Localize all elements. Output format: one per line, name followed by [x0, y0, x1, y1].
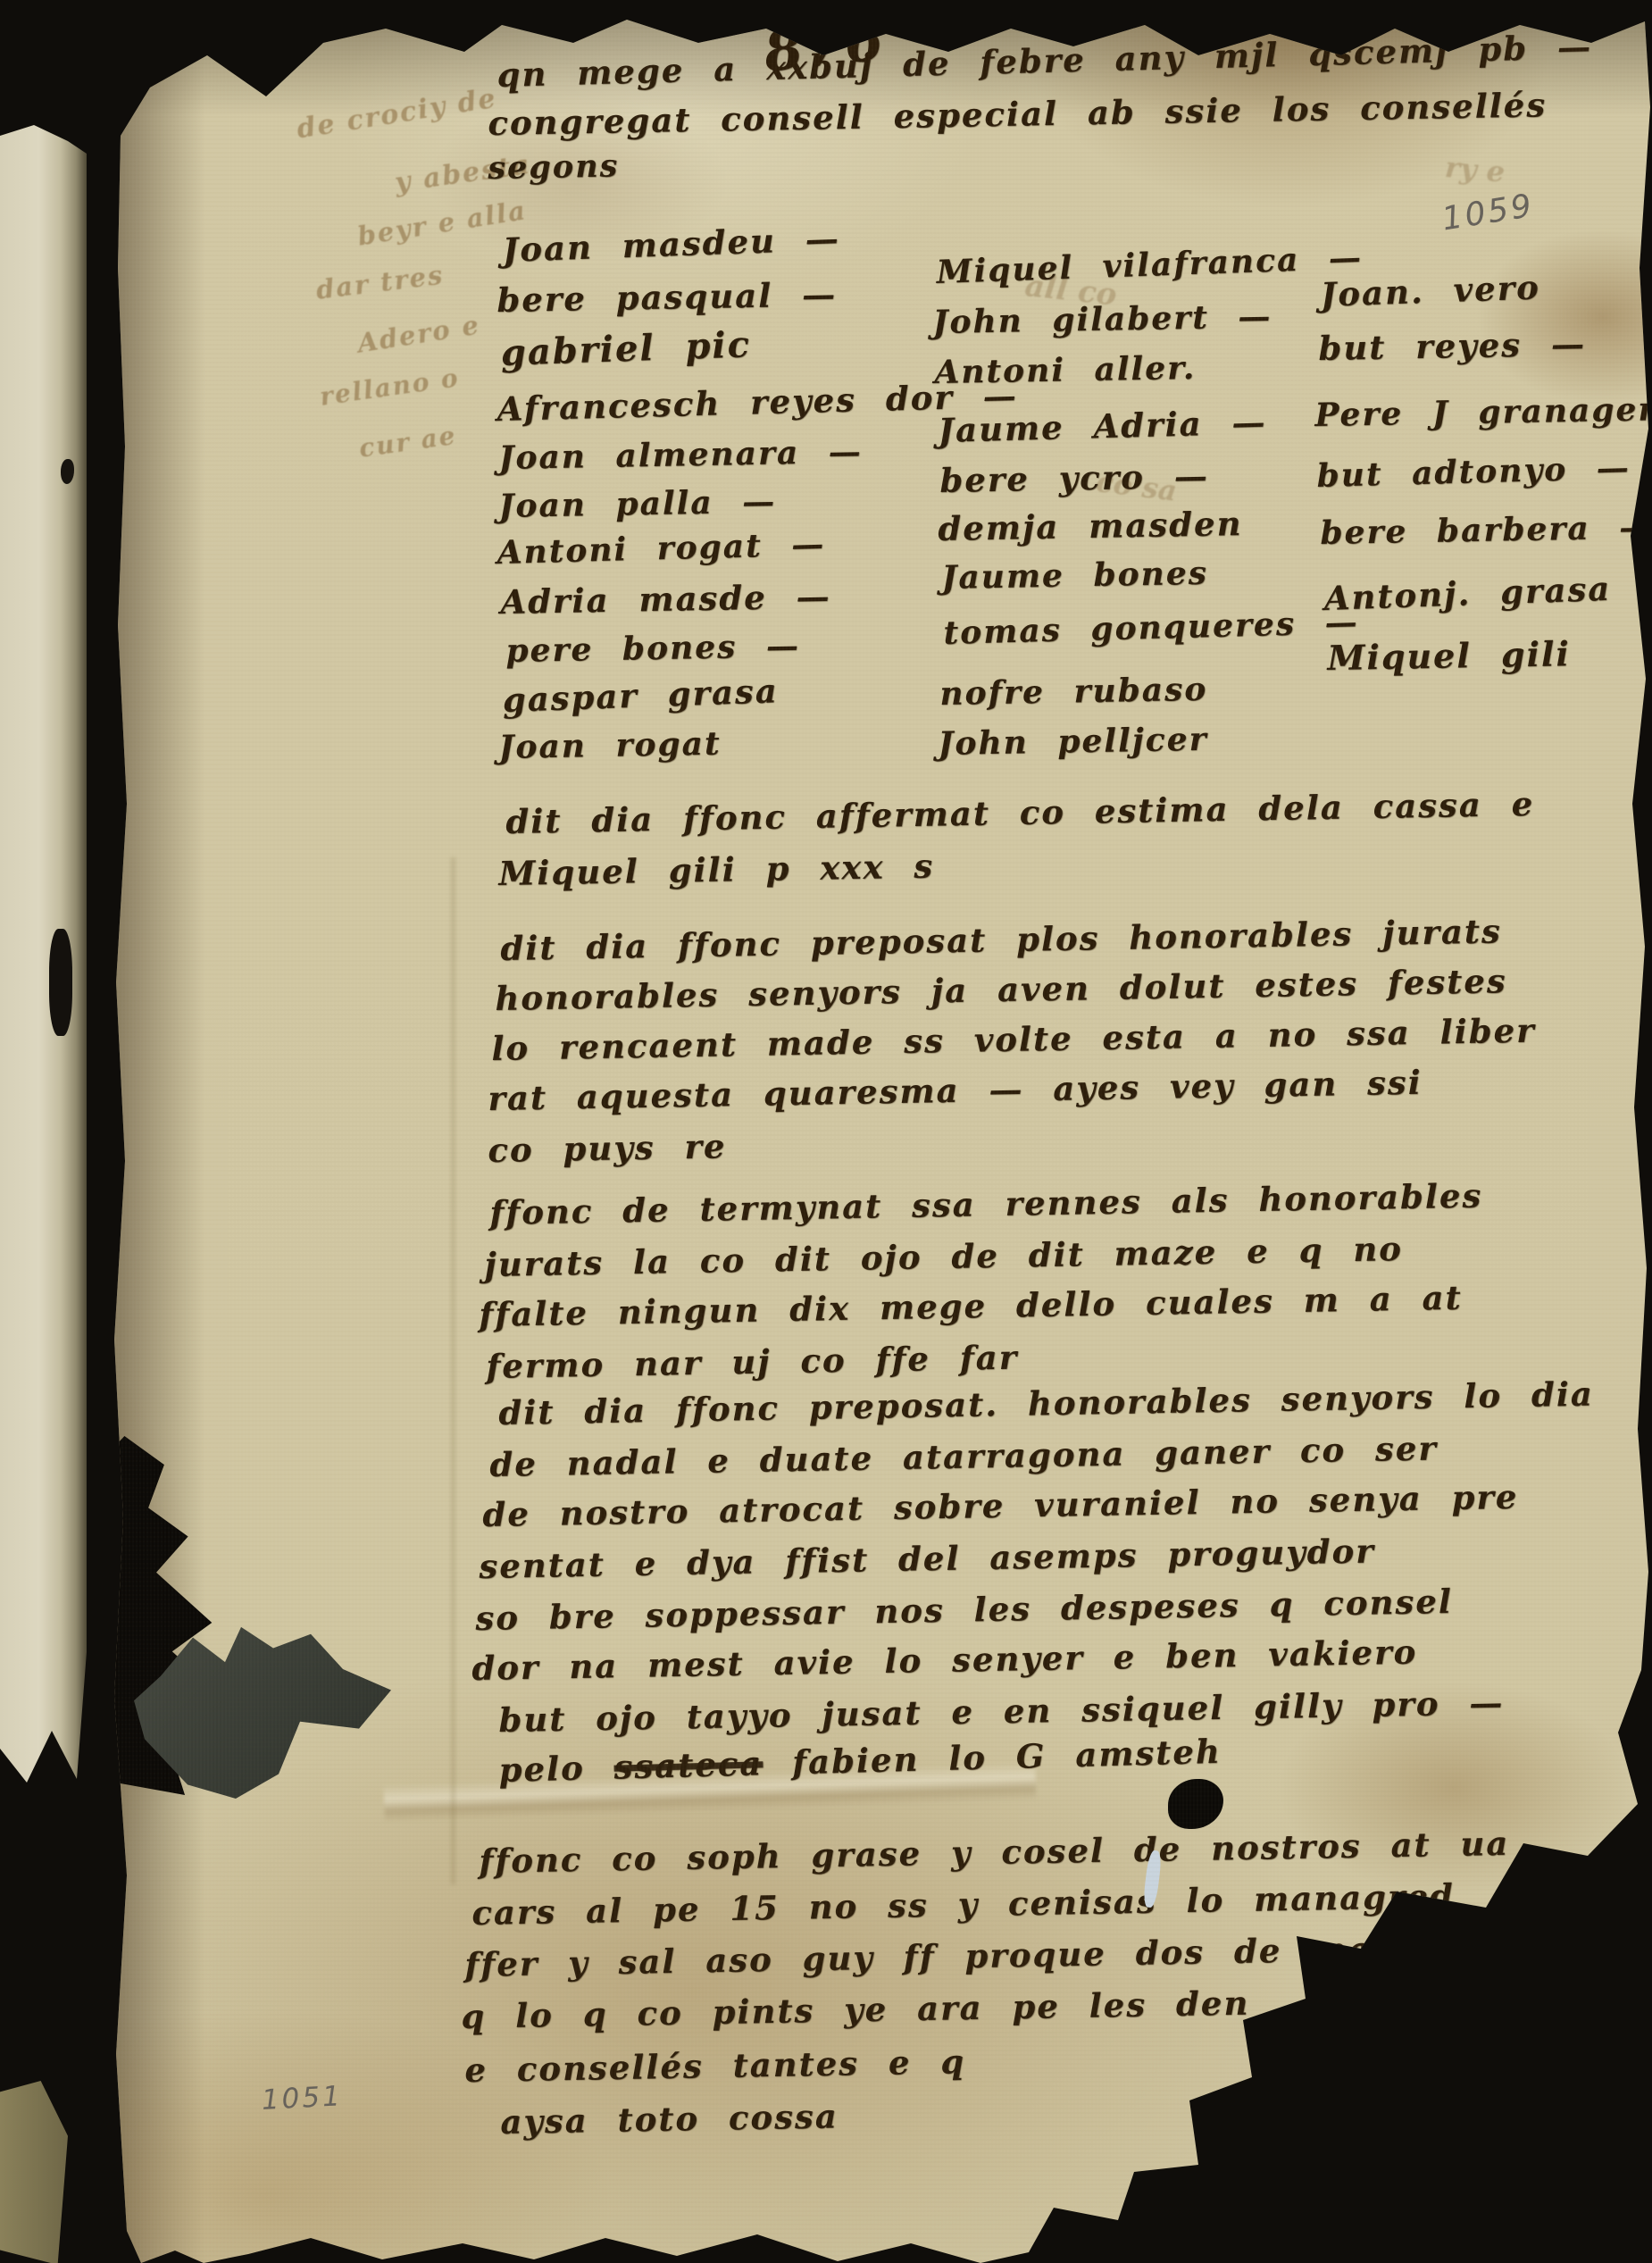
record-line: de nostro atrocat sobre vuraniel no seny…: [482, 1477, 1519, 1534]
attendee-name: Joan masdeu —: [502, 219, 840, 270]
struck-word: ssateca: [613, 1743, 763, 1786]
record-line: sentat e dya ffist del asemps proguydor: [479, 1531, 1375, 1586]
record-line: q lo q co pints ye ara pe les den: [461, 1983, 1250, 2036]
attendee-name: Antoni aller.: [934, 349, 1197, 391]
attendee-name: bere pasqual —: [496, 274, 837, 320]
heading-line: congregat consell especial ab ssie los c…: [488, 85, 1547, 143]
attendee-name: tomas gonqueres —: [943, 604, 1359, 652]
attendee-name: Adria masde —: [500, 577, 831, 622]
paper-fragment: [0, 2081, 68, 2263]
attendee-name: gabriel pic: [500, 323, 752, 374]
ink-blot: [49, 929, 72, 1036]
heading-line: segons: [488, 147, 620, 187]
attendee-name: Jaume Adria —: [938, 402, 1267, 450]
previous-page-edge: [0, 0, 87, 1786]
record-line: cars al pe 15 no ss y cenisas lo managre…: [471, 1876, 1455, 1933]
heading-line: qn mege a xxbuj de febre any mjl qscemj …: [496, 27, 1592, 95]
attendee-name: but adtonyo —: [1316, 449, 1631, 495]
record-line: ffalte ningun dix mege dello cuales m a …: [479, 1278, 1463, 1334]
record-line: e consellés tantes e q: [464, 2042, 966, 2090]
attendee-name: John pelljcer: [938, 721, 1208, 763]
attendee-name: Joan rogat: [498, 725, 722, 766]
bleedthrough-line: cur ae: [357, 421, 458, 463]
pencil-number-top: 1059: [1439, 188, 1537, 238]
attendee-name: Miquel gili: [1327, 633, 1571, 678]
record-line: but ojo tayyo jusat e en ssiquel gilly p…: [498, 1683, 1505, 1740]
record-line: jurats la co dit ojo de dit maze e q no: [484, 1229, 1403, 1284]
attendee-name: Miquel vilafranca —: [936, 238, 1363, 291]
torn-hole: [1168, 1779, 1223, 1829]
photo-backdrop: de crociy de y abesta beyr e alla dar tr…: [0, 0, 1652, 2263]
record-line: aysa toto cossa: [500, 2096, 839, 2142]
record-line: Miquel gili p xxx s: [498, 846, 935, 893]
manuscript-page: de crociy de y abesta beyr e alla dar tr…: [0, 0, 1652, 2263]
attendee-name: bere ycro —: [939, 456, 1209, 500]
attendee-name: gaspar grasa: [502, 671, 779, 720]
attendee-name: demja masden: [938, 504, 1243, 548]
record-line: ffonc de termynat ssa rennes als honorab…: [489, 1176, 1483, 1232]
record-line: ffonc co soph grase y cosel de nostros a…: [479, 1824, 1510, 1881]
attendee-name: Antonj. grasa: [1323, 569, 1612, 618]
record-line: co puys re: [488, 1126, 727, 1170]
attendee-name: bere barbera —: [1320, 508, 1652, 552]
record-line: so bre soppessar nos les despeses q cons…: [475, 1582, 1453, 1638]
attendee-name: John gilabert —: [932, 297, 1272, 341]
bleedthrough-line: Adero e: [355, 309, 482, 358]
attendee-name: but reyes —: [1318, 324, 1586, 368]
attendee-name: Joan. vero: [1320, 267, 1540, 314]
record-line: honorables senyors ja aven dolut estes f…: [495, 961, 1507, 1018]
record-text: pelo: [498, 1748, 614, 1790]
attendee-name: pere bones —: [505, 627, 800, 670]
bleedthrough-line: rellano o: [318, 363, 462, 412]
record-line: ffer y sal aso guy ff proque dos de ma: [464, 1929, 1372, 1984]
ghost-line: ry e: [1444, 150, 1506, 189]
record-line: dit dia ffonc preposat plos honorables j…: [500, 911, 1502, 968]
record-line: dor na mest avie lo senyer e ben vakiero: [471, 1633, 1418, 1688]
record-line: rat aquesta quaresma — ayes vey gan ssi: [488, 1063, 1423, 1118]
bleedthrough-line: de crociy de: [295, 83, 499, 146]
attendee-name: Antoni rogat —: [496, 525, 826, 572]
bleedthrough-line: dar tres: [314, 259, 446, 305]
record-line: fermo nar uj co ffe far: [486, 1338, 1018, 1386]
attendee-name: Pere J granagera: [1314, 390, 1652, 434]
attendee-name: Joan almenara —: [498, 433, 863, 477]
attendee-name: Jaume bones: [941, 555, 1208, 597]
attendee-name: nofre rubaso: [939, 671, 1208, 713]
record-text: fabien lo G amsteh: [763, 1732, 1222, 1783]
record-line: dit dia ffonc affermat co estima dela ca…: [505, 784, 1535, 841]
record-line: lo rencaent made ss volte esta a no ssa …: [491, 1011, 1536, 1068]
fold-line: [451, 857, 455, 1884]
pencil-number-bottom: 1051: [261, 2080, 344, 2117]
record-line: de nadal e duate atarragona ganer co ser: [489, 1428, 1438, 1484]
attendee-name: Joan palla —: [498, 483, 776, 525]
